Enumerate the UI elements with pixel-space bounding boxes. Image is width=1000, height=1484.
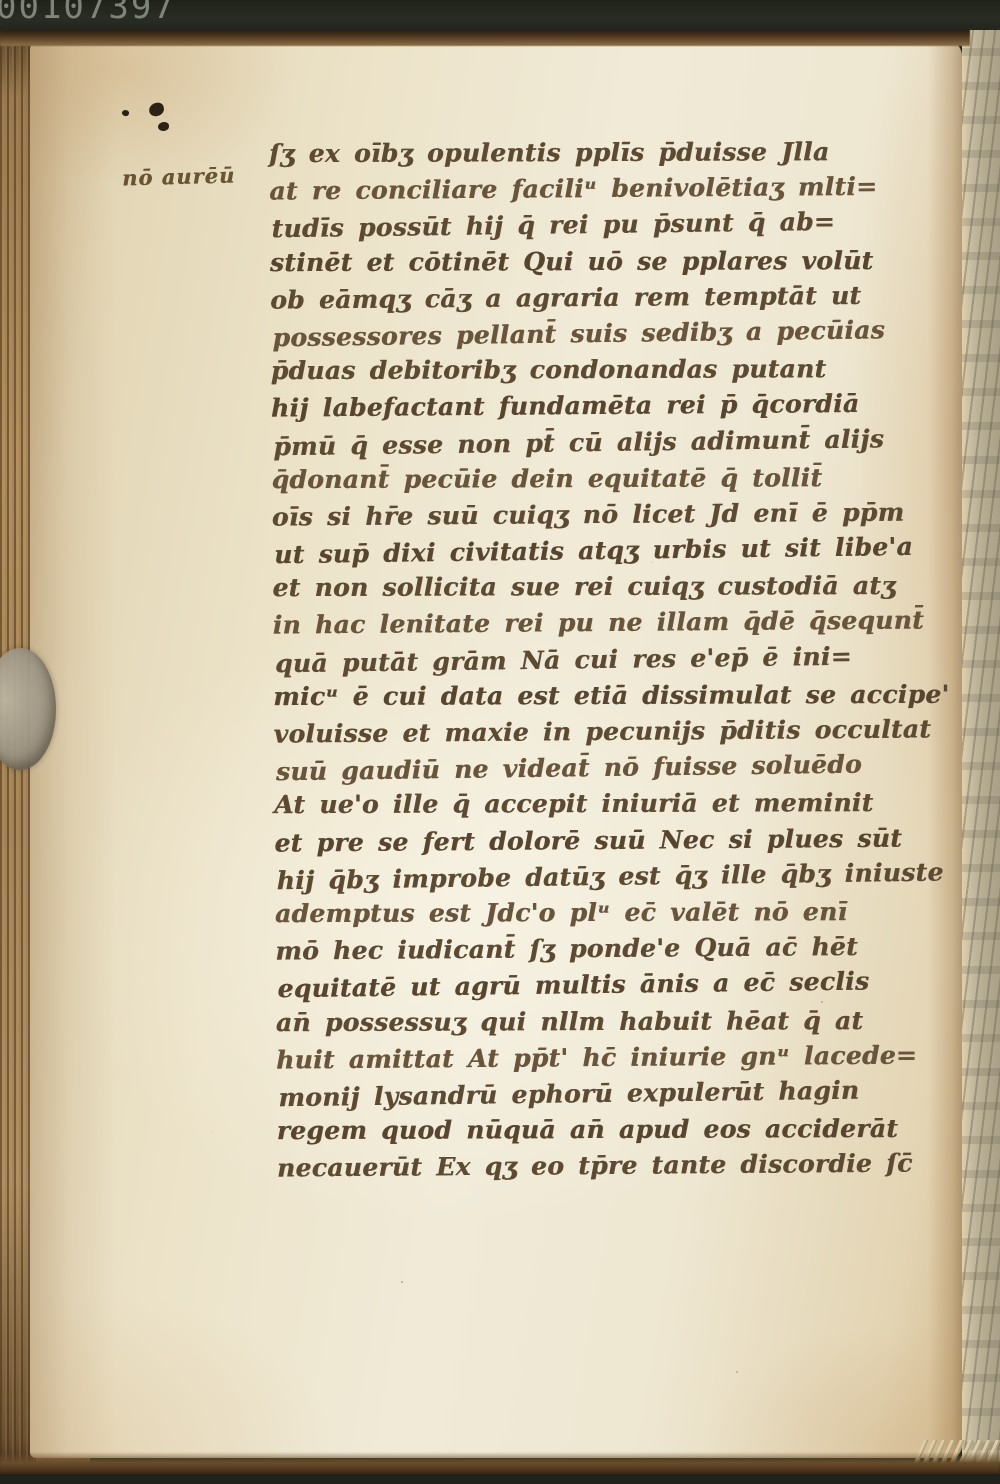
scanner-top-bar: 00107397 [0, 0, 1000, 30]
text-line: q̄donant̄ pecūie dein equitatē q̄ tollit… [272, 463, 932, 501]
ghost-text-bleedthrough [962, 22, 1000, 1462]
ink-blot [158, 122, 169, 131]
text-line: p̄mū q̄ esse non pt̄ cū alijs adimunt̄ a… [273, 423, 933, 468]
manuscript-photo: nō aurēū ſʒ ex oībʒ opulentis pplīs p̄du… [0, 0, 1000, 1484]
text-line: necauerūt Ex qʒ eo tp̄re tante discordie… [277, 1149, 937, 1190]
ink-blot [148, 101, 166, 117]
manuscript-text-block: ſʒ ex oībʒ opulentis pplīs p̄duisse Jlla… [269, 135, 937, 1190]
text-line: stinēt et cōtinēt Qui uō se pplares volū… [270, 245, 930, 283]
text-line: hij q̄bʒ improbe datūʒ est q̄ʒ ille q̄bʒ… [276, 857, 936, 902]
binding-top-seam [0, 28, 970, 46]
text-line: micᵘ ē cui data est etiā dissimulat se a… [273, 680, 933, 718]
binding-bottom-seam [0, 1452, 1000, 1476]
text-line: monij lysandrū ephorū expulerūt hagin [278, 1075, 938, 1120]
text-line: p̄duas debitoribʒ condonandas putant [271, 354, 931, 392]
text-line: an̄ possessuʒ qui nllm habuit hēat q̄ at [276, 1005, 936, 1043]
text-line: ſʒ ex oībʒ opulentis pplīs p̄duisse Jlla [269, 137, 929, 175]
text-line: regem quod nūquā an̄ apud eos acciderāt [277, 1114, 937, 1152]
text-line: hij labefactant fundamēta rei p̄ q̄cordi… [271, 389, 931, 430]
scan-id-number: 00107397 [0, 0, 176, 27]
adjacent-page-edge [962, 22, 1000, 1462]
scanner-bottom-bar [0, 1474, 1000, 1484]
ink-blot [121, 109, 130, 117]
text-line: At ue'o ille q̄ accepit iniuriā et memin… [274, 788, 934, 826]
text-line: quā putāt grām Nā cui res e'ep̄ ē ini= [275, 640, 935, 685]
text-line: ademptus est Jdc'o plᵘ ec̄ valēt nō enī [275, 897, 935, 935]
text-line: equitatē ut agrū multis ānis a ec̄ secli… [277, 966, 937, 1011]
parchment-page: nō aurēū ſʒ ex oībʒ opulentis pplīs p̄du… [30, 40, 962, 1458]
text-line: possessores pellant̄ suis sedibʒ a pecūi… [272, 315, 932, 360]
margin-note: nō aurēū [122, 163, 236, 191]
text-line: ut sup̄ dixi civitatis atqʒ urbis ut sit… [274, 532, 934, 577]
text-line: suū gaudiū ne videat̄ nō fuisse soluēdo [276, 749, 936, 794]
text-line: tudīs possūt hij q̄ rei pu p̄sunt q̄ ab= [271, 206, 931, 251]
text-line: et non sollicita sue rei cuiqʒ custodiā … [272, 571, 932, 609]
